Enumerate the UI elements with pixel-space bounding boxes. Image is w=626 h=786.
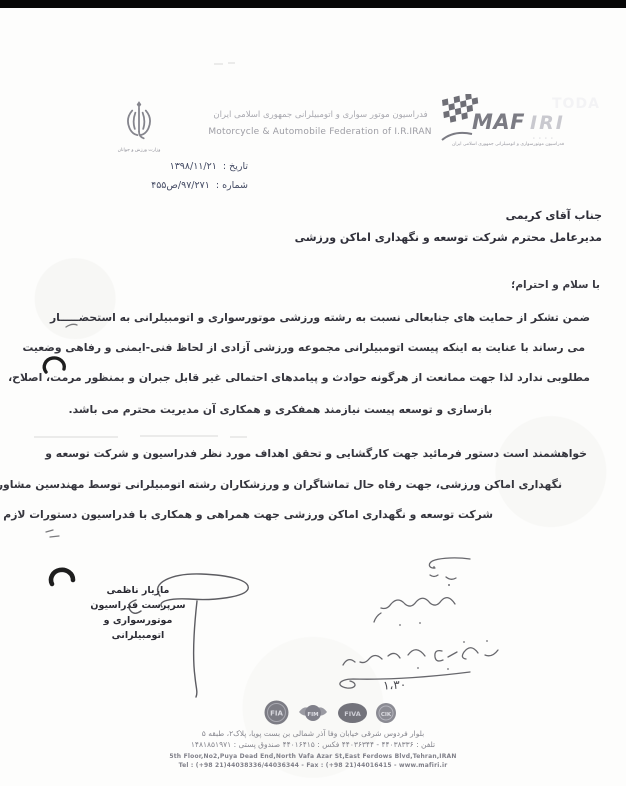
body-line: خواهشمند است دستور فرمائید جهت کارگشایی … [45,447,587,460]
mafiri-wordmark-sub: IRI [530,112,565,134]
svg-text:FIA: FIA [270,710,283,718]
greeting-line: با سلام و احترام؛ [511,279,600,291]
body-line: مطلوبی ندارد لذا جهت ممانعت از هرگونه حو… [8,371,590,384]
recipient-name: جناب آقای کریمی [295,205,602,227]
number-value: ۹۷/۲۷۱/ص۴۵۵ [151,180,210,191]
footer-address-fa: بلوار فردوس شرقی خیابان وفا آذر شمالی بن… [63,729,563,738]
date-label: تاریخ : [223,161,248,172]
fia-logo: FIA [263,699,290,726]
scan-top-black-bar [0,0,626,8]
footer-phone-fa: تلفن : ۴۴۰۳۸۳۳۶ - ۴۴۰۳۶۳۴۴ فکس : ۴۴۰۱۶۴۱… [63,740,563,749]
footer-address-en: 5th Floor,No2,Puya Dead End,North Vafa A… [63,753,563,760]
scanned-letter-page: وزارت ورزش و جوانان فدراسیون موتور سواری… [0,0,626,786]
body-line: شرکت توسعه و نگهداری اماکن ورزشی جهت همر… [0,508,493,521]
handwritten-note [340,558,498,688]
handwritten-dots [399,566,488,670]
recipient-block: جناب آقای کریمی مدیرعامل محترم شرکت توسع… [295,205,602,249]
body-line: ضمن تشکر از حمایت های جنابعالی نسبت به ر… [50,311,590,324]
cik-logo: CIK [375,702,397,724]
mafiri-dots: ٠ ٠ ٠ ٠ [532,134,554,142]
scan-small-marks [46,324,77,537]
flag-swoosh [442,133,472,140]
letter-date: تاریخ : ۱۳۹۸/۱۱/۲۱ [151,157,248,176]
footer-contact-en: Tel : (+98 21)44038336/44036344 - Fax : … [63,762,563,769]
mafiri-wordmark-main: MAF [472,110,525,134]
letter-number: شماره : ۹۷/۲۷۱/ص۴۵۵ [151,176,248,195]
fiva-logo: FIVA [337,702,368,724]
iran-emblem-icon [118,97,160,143]
recipient-title: مدیرعامل محترم شرکت توسعه و نگهداری اماک… [295,227,602,249]
svg-text:FIM: FIM [308,711,319,717]
ministry-caption: وزارت ورزش و جوانان [104,148,174,153]
body-line: بازسازی و توسعه پیست نیازمند همفکری و هم… [69,403,492,416]
signer-title-2: اتومبیلرانی [78,628,198,643]
footer-logos-row: FIA FIM FIVA CIK [263,699,397,726]
federation-name-en: Motorcycle & Automobile Federation of I.… [200,127,440,137]
svg-text:CIK: CIK [381,711,392,717]
body-line: می رساند با عنایت به اینکه پیست اتومبیلر… [22,341,585,354]
iran-emblem-block: وزارت ورزش و جوانان [104,97,174,161]
federation-name-fa: فدراسیون موتور سواری و اتومبیلرانی جمهور… [208,110,433,120]
body-line: نگهداری اماکن ورزشی، جهت رفاه حال تماشاگ… [0,478,562,491]
handwritten-number-note: ۱،۳۰ [383,677,407,692]
mafiri-logo: MAF IRI ٠ ٠ ٠ ٠ فدراسیون موتورسواری و ات… [438,94,598,158]
signature-block: مازیار ناظمی سرپرست فدراسیون موتورسواری … [78,583,198,643]
signer-name: مازیار ناظمی [78,583,198,598]
mafiri-caption: فدراسیون موتورسواری و اتومبیلرانی جمهوری… [438,142,578,147]
letter-meta: تاریخ : ۱۳۹۸/۱۱/۲۱ شماره : ۹۷/۲۷۱/ص۴۵۵ [151,157,248,195]
number-label: شماره : [216,180,248,191]
signer-title-1: سرپرست فدراسیون موتورسواری و [78,598,198,628]
svg-text:FIVA: FIVA [344,709,360,717]
date-value: ۱۳۹۸/۱۱/۲۱ [170,161,217,172]
fim-logo: FIM [297,701,329,725]
scan-crescent-marks [44,358,73,584]
